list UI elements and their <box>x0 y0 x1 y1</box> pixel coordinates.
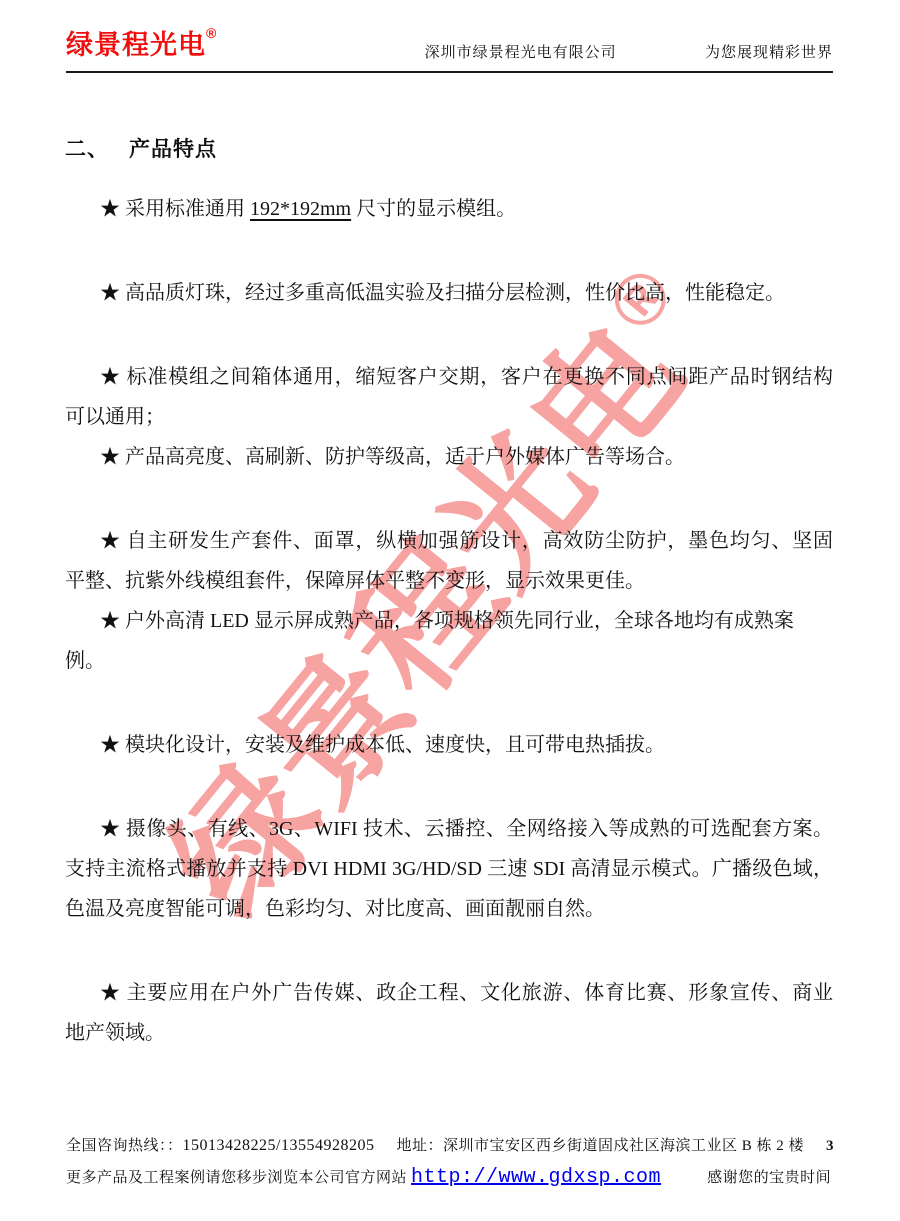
feature-item: ★ 摄像头、有线、3G、WIFI 技术、云播控、全网络接入等成熟的可选配套方案。… <box>65 809 833 929</box>
document-page: 绿景程光电® 绿景程光电® 深圳市绿景程光电有限公司 为您展现精彩世界 二、产品… <box>0 0 900 1221</box>
feature-line: ★ 高品质灯珠，经过多重高低温实验及扫描分层检测，性价比高，性能稳定。 <box>65 273 833 313</box>
hotline-numbers: 15013428225/13554928205 <box>183 1134 375 1158</box>
feature-line: ★ 采用标准通用 192*192mm 尺寸的显示模组。 <box>65 189 833 229</box>
feature-text: ★ 采用标准通用 <box>100 198 250 220</box>
feature-text: ★ 摄像头、有线、3G、WIFI 技术、云播控、全网络接入等成熟的可选配套方案。 <box>100 818 833 840</box>
feature-line: ★ 模块化设计，安装及维护成本低、速度快，且可带电热插拔。 <box>65 725 833 765</box>
feature-line: 色温及亮度智能可调，色彩均匀、对比度高、画面靓丽自然。 <box>65 889 833 929</box>
feature-text: 支持主流格式播放并支持 DVI HDMI 3G/HD/SD 三速 SDI 高清显… <box>65 858 833 880</box>
feature-line: 支持主流格式播放并支持 DVI HDMI 3G/HD/SD 三速 SDI 高清显… <box>65 849 833 889</box>
feature-item: ★ 产品高亮度、高刷新、防护等级高，适于户外媒体广告等场合。 <box>65 437 833 477</box>
footer-contact-line: 全国咨询热线：：15013428225/13554928205 地址：深圳市宝安… <box>66 1134 838 1158</box>
header-slogan: 为您展现精彩世界 <box>705 41 833 62</box>
feature-line: ★ 摄像头、有线、3G、WIFI 技术、云播控、全网络接入等成熟的可选配套方案。 <box>65 809 833 849</box>
website-prompt-text: 更多产品及工程案例请您移步浏览本公司官方网站 <box>66 1164 407 1192</box>
address-group: 地址：深圳市宝安区西乡街道固戍社区海滨工业区 B 栋 2 楼 <box>396 1134 804 1158</box>
page-header: 绿景程光电® 深圳市绿景程光电有限公司 为您展现精彩世界 <box>66 0 833 73</box>
website-link[interactable]: http://www.gdxsp.com <box>411 1164 661 1192</box>
page-footer: 全国咨询热线：：15013428225/13554928205 地址：深圳市宝安… <box>66 1134 838 1192</box>
feature-text: ★ 户外高清 LED 显示屏成熟产品，各项规格领先同行业，全球各地均有成熟案例。 <box>65 610 794 672</box>
feature-item: ★ 户外高清 LED 显示屏成熟产品，各项规格领先同行业，全球各地均有成熟案例。 <box>65 601 833 681</box>
feature-item: ★ 模块化设计，安装及维护成本低、速度快，且可带电热插拔。 <box>65 725 833 765</box>
address-label: 地址： <box>396 1138 443 1154</box>
section-title: 二、产品特点 <box>65 129 833 169</box>
company-logo: 绿景程光电® <box>66 26 216 59</box>
feature-text: ★ 高品质灯珠，经过多重高低温实验及扫描分层检测，性价比高，性能稳定。 <box>100 282 785 304</box>
feature-text: ★ 自主研发生产套件、面罩，纵横加强筋设计，高效防尘防护，墨色均匀、坚固 <box>100 530 833 552</box>
feature-item: ★ 高品质灯珠，经过多重高低温实验及扫描分层检测，性价比高，性能稳定。 <box>65 273 833 313</box>
hotline-label: 全国咨询热线：： <box>66 1134 183 1158</box>
feature-item: ★ 自主研发生产套件、面罩，纵横加强筋设计，高效防尘防护，墨色均匀、坚固平整、抗… <box>65 521 833 601</box>
footer-website-line: 更多产品及工程案例请您移步浏览本公司官方网站 http://www.gdxsp.… <box>66 1164 838 1192</box>
document-body: 二、产品特点 ★ 采用标准通用 192*192mm 尺寸的显示模组。★ 高品质灯… <box>65 129 833 1053</box>
feature-item: ★ 标准模组之间箱体通用，缩短客户交期，客户在更换不同点间距产品时钢结构可以通用… <box>65 357 833 437</box>
feature-text: ★ 模块化设计，安装及维护成本低、速度快，且可带电热插拔。 <box>100 734 665 756</box>
feature-text: 平整、抗紫外线模组套件，保障屏体平整不变形，显示效果更佳。 <box>65 570 645 592</box>
feature-line: 地产领域。 <box>65 1013 833 1053</box>
section-title-text: 产品特点 <box>129 137 217 161</box>
thanks-text: 感谢您的宝贵时间 <box>707 1164 831 1192</box>
feature-line: ★ 自主研发生产套件、面罩，纵横加强筋设计，高效防尘防护，墨色均匀、坚固 <box>65 521 833 561</box>
feature-list: ★ 采用标准通用 192*192mm 尺寸的显示模组。★ 高品质灯珠，经过多重高… <box>65 189 833 1053</box>
feature-line: ★ 标准模组之间箱体通用，缩短客户交期，客户在更换不同点间距产品时钢结构 <box>65 357 833 397</box>
logo-text: 绿景程光电 <box>66 30 206 60</box>
feature-text: 色温及亮度智能可调，色彩均匀、对比度高、画面靓丽自然。 <box>65 898 605 920</box>
feature-text: ★ 产品高亮度、高刷新、防护等级高，适于户外媒体广告等场合。 <box>100 446 685 468</box>
address-text: 深圳市宝安区西乡街道固戍社区海滨工业区 B 栋 2 楼 <box>443 1138 804 1154</box>
feature-line: ★ 户外高清 LED 显示屏成熟产品，各项规格领先同行业，全球各地均有成熟案例。 <box>65 601 833 681</box>
registered-trademark-icon: ® <box>206 25 216 41</box>
feature-underlined-text: 192*192mm <box>250 198 351 220</box>
feature-line: 平整、抗紫外线模组套件，保障屏体平整不变形，显示效果更佳。 <box>65 561 833 601</box>
feature-text: 地产领域。 <box>65 1022 165 1044</box>
feature-text: ★ 主要应用在户外广告传媒、政企工程、文化旅游、体育比赛、形象宣传、商业 <box>100 982 833 1004</box>
page-number: 3 <box>826 1134 834 1158</box>
header-company-name: 深圳市绿景程光电有限公司 <box>425 41 617 62</box>
feature-item: ★ 主要应用在户外广告传媒、政企工程、文化旅游、体育比赛、形象宣传、商业地产领域… <box>65 973 833 1053</box>
feature-text: ★ 标准模组之间箱体通用，缩短客户交期，客户在更换不同点间距产品时钢结构 <box>100 366 833 388</box>
feature-line: 可以通用； <box>65 397 833 437</box>
feature-line: ★ 产品高亮度、高刷新、防护等级高，适于户外媒体广告等场合。 <box>65 437 833 477</box>
feature-line: ★ 主要应用在户外广告传媒、政企工程、文化旅游、体育比赛、形象宣传、商业 <box>65 973 833 1013</box>
section-number: 二、 <box>65 137 109 161</box>
feature-text: 尺寸的显示模组。 <box>351 198 516 220</box>
feature-text: 可以通用； <box>65 406 165 428</box>
feature-item: ★ 采用标准通用 192*192mm 尺寸的显示模组。 <box>65 189 833 229</box>
